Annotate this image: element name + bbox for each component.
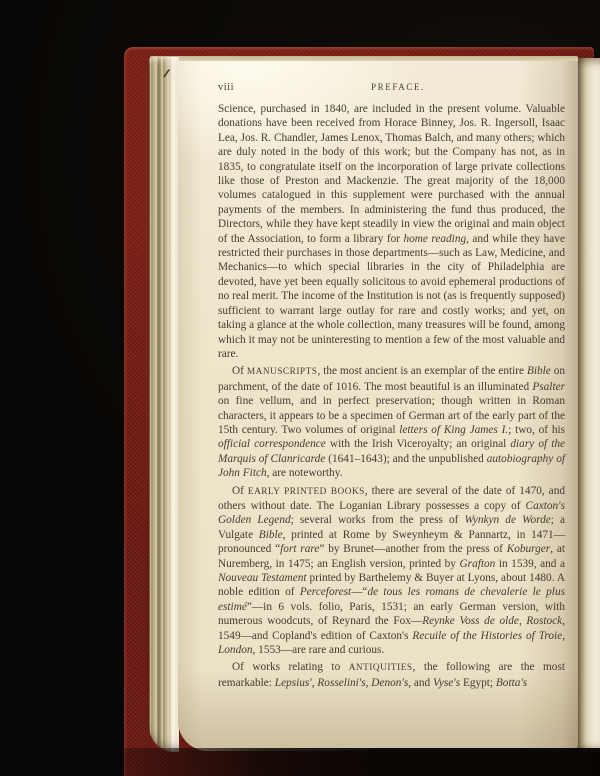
text-segment: official correspondence [218, 438, 326, 450]
text-segment: Bible [259, 529, 283, 541]
text-segment: London [218, 644, 253, 656]
bottom-shadow [124, 748, 600, 776]
text-segment: , 1553—are rare and curious. [253, 644, 385, 656]
text-segment: ” by Brunet—another from the press of [319, 543, 506, 555]
text-segment: Grafton [460, 558, 496, 570]
text-segment: , the most ancient is an exemplar of the… [317, 365, 527, 377]
text-segment: EARLY PRINTED BOOKS [248, 487, 365, 497]
text-segment: Of [232, 365, 247, 377]
text-segment: , are noteworthy. [267, 467, 343, 479]
text-segment: Rostock [526, 615, 562, 627]
paragraph-4: Of works relating to ANTIQUITIES, the fo… [218, 660, 565, 690]
paragraph-1: Science, purchased in 1840, are included… [218, 102, 565, 361]
text-segment: Rosselini's [317, 677, 365, 689]
text-segment: , and [408, 677, 433, 689]
text-segment: letters of King James I. [399, 424, 508, 436]
text-segment: , [562, 630, 565, 642]
text-segment: Koburger [507, 543, 551, 555]
page-fore-edge-stack [149, 57, 179, 752]
text-segment: ANTIQUITIES [349, 663, 413, 673]
text-segment: Of works relating to [232, 661, 349, 673]
book-page: viii PREFACE. Science, purchased in 1840… [178, 61, 578, 751]
text-segment: —“ [351, 586, 367, 598]
page-header: viii PREFACE. [218, 81, 565, 95]
running-header: PREFACE. [371, 82, 425, 92]
text-segment: Perceforest [300, 586, 351, 598]
gutter-facing-page-edge [578, 58, 600, 752]
text-segment: fort rare [280, 543, 319, 555]
page-text-block: viii PREFACE. Science, purchased in 1840… [178, 61, 578, 690]
text-segment: Psalter [532, 381, 565, 393]
text-segment: (1641–1643); and the unpublished [325, 453, 486, 465]
text-segment: Nouveau Testament [218, 572, 307, 584]
text-segment: ; two, of his [508, 424, 565, 436]
text-segment: in 1539, and a [495, 558, 565, 570]
text-segment: Recuile of the Histories of Troie [412, 630, 562, 642]
text-segment: Denon's [371, 677, 408, 689]
text-segment: Lepsius' [275, 677, 312, 689]
paragraph-3: Of EARLY PRINTED BOOKS, there are severa… [218, 484, 565, 658]
text-segment: Of [232, 485, 248, 497]
text-segment: Reynke Voss de olde [422, 615, 519, 627]
text-segment: Wynkyn de Worde [464, 514, 550, 526]
text-segment: Egypt; [460, 677, 496, 689]
text-segment: Vyse's [433, 677, 460, 689]
text-segment: with the Irish Viceroyalty; an original [326, 438, 511, 450]
text-segment: home reading [403, 233, 466, 245]
text-segment: Botta's [496, 677, 527, 689]
text-segment: ; several works from the press of [291, 514, 465, 526]
text-segment: MANUSCRIPTS [247, 367, 318, 377]
paragraph-2: Of MANUSCRIPTS, the most ancient is an e… [218, 364, 565, 480]
text-segment: Science, purchased in 1840, are included… [218, 103, 565, 245]
text-segment: , and while they have restricted their p… [218, 233, 565, 360]
photo-background: viii PREFACE. Science, purchased in 1840… [0, 0, 600, 776]
text-segment: Bible [527, 365, 551, 377]
page-number: viii [218, 82, 234, 93]
